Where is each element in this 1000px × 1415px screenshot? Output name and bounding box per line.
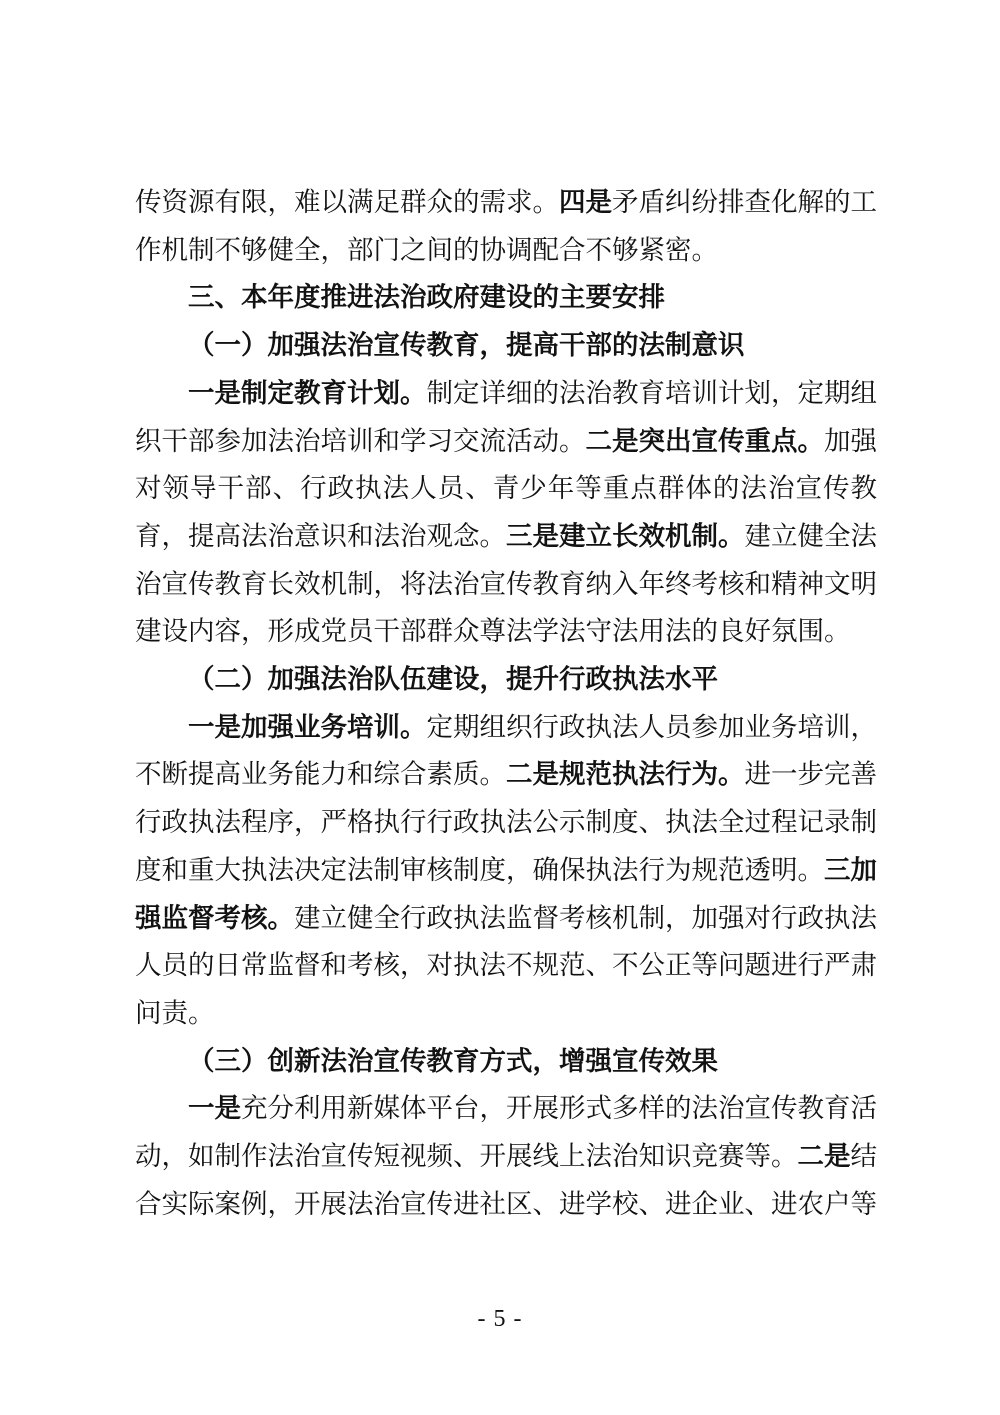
document-page: 传资源有限，难以满足群众的需求。四是矛盾纠纷排查化解的工作机制不够健全，部门之间… bbox=[0, 0, 1000, 1415]
text-run: 二是规范执法行为。 bbox=[506, 759, 745, 789]
document-body: 传资源有限，难以满足群众的需求。四是矛盾纠纷排查化解的工作机制不够健全，部门之间… bbox=[135, 179, 877, 1228]
text-run: 三是建立长效机制。 bbox=[506, 521, 745, 551]
text-run: （一）加强法治宣传教育，提高干部的法制意识 bbox=[188, 330, 745, 360]
text-run: 一是加强业务培训。 bbox=[188, 712, 427, 742]
text-run: 二是突出宣传重点。 bbox=[586, 426, 825, 456]
body-paragraph: 一是制定教育计划。制定详细的法治教育培训计划，定期组织干部参加法治培训和学习交流… bbox=[135, 370, 877, 656]
text-run: （二）加强法治队伍建设，提升行政执法水平 bbox=[188, 664, 718, 694]
section-heading-level2: （一）加强法治宣传教育，提高干部的法制意识 bbox=[135, 322, 877, 370]
text-run: 四是 bbox=[559, 187, 612, 217]
text-run: （三）创新法治宣传教育方式，增强宣传效果 bbox=[188, 1046, 718, 1076]
body-paragraph: 传资源有限，难以满足群众的需求。四是矛盾纠纷排查化解的工作机制不够健全，部门之间… bbox=[135, 179, 877, 274]
text-run: 二是 bbox=[798, 1141, 851, 1171]
body-paragraph: 一是充分利用新媒体平台，开展形式多样的法治宣传教育活动，如制作法治宣传短视频、开… bbox=[135, 1085, 877, 1228]
text-run: 充分利用新媒体平台，开展形式多样的法治宣传教育活动，如制作法治宣传短视频、开展线… bbox=[135, 1093, 877, 1171]
section-heading-level2: （三）创新法治宣传教育方式，增强宣传效果 bbox=[135, 1038, 877, 1086]
section-heading-level1: 三、本年度推进法治政府建设的主要安排 bbox=[135, 274, 877, 322]
page-number: - 5 - bbox=[0, 1306, 1000, 1333]
text-run: 传资源有限，难以满足群众的需求。 bbox=[135, 187, 559, 217]
text-run: 三、本年度推进法治政府建设的主要安排 bbox=[188, 282, 665, 312]
body-paragraph: 一是加强业务培训。定期组织行政执法人员参加业务培训，不断提高业务能力和综合素质。… bbox=[135, 704, 877, 1038]
section-heading-level2: （二）加强法治队伍建设，提升行政执法水平 bbox=[135, 656, 877, 704]
text-run: 一是 bbox=[188, 1093, 241, 1123]
text-run: 一是制定教育计划。 bbox=[188, 378, 427, 408]
